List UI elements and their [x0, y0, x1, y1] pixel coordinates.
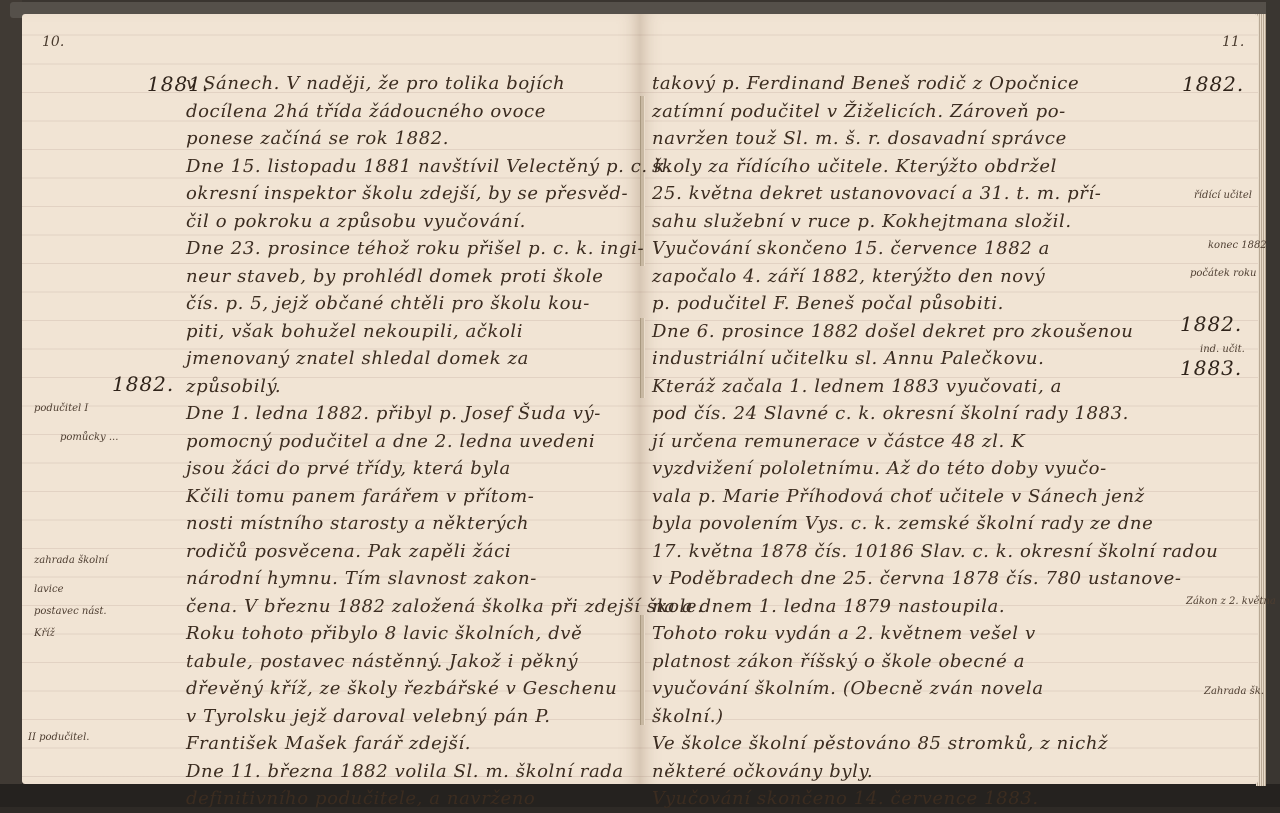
handwritten-line: národní hymnu. Tím slavnost zakon-: [186, 565, 537, 593]
handwritten-line: v Sánech. V naději, že pro tolika bojích: [186, 70, 565, 98]
handwritten-line: některé očkovány byly.: [652, 758, 873, 786]
handwritten-line: piti, však bohužel nekoupili, ačkoli: [186, 318, 523, 346]
handwritten-line: vyučování školním. (Obecně zván novela: [652, 675, 1044, 703]
handwritten-line: neur staveb, by prohlédl domek proti ško…: [186, 263, 604, 291]
binding-stitch-bottom: [640, 615, 645, 725]
margin-note: Zákon z 2. května: [1186, 596, 1276, 607]
margin-note: konec 1882: [1208, 240, 1267, 251]
handwritten-line: školní.): [652, 703, 724, 731]
margin-note: podučitel I: [34, 403, 88, 414]
handwritten-line: 25. května dekret ustanovovací a 31. t. …: [652, 180, 1102, 208]
handwritten-line: sahu služební v ruce p. Kokhejtmana slož…: [652, 208, 1072, 236]
handwritten-line: ponese začíná se rok 1882.: [186, 125, 449, 153]
margin-note: Kříž: [34, 628, 55, 639]
page-number-left: 10.: [42, 34, 64, 50]
margin-note: pomůcky ...: [60, 432, 118, 443]
handwritten-line: v Tyrolsku jejž daroval velebný pán P.: [186, 703, 551, 731]
handwritten-line: čil o pokroku a způsobu vyučování.: [186, 208, 526, 236]
year-marker: 1882.: [1180, 312, 1242, 336]
handwritten-line: Vyučování skončeno 14. července 1883.: [652, 785, 1039, 807]
open-book: 10. v Sánech. V naději, že pro tolika bo…: [0, 0, 1280, 807]
handwritten-line: Dne 6. prosince 1882 došel dekret pro zk…: [652, 318, 1133, 346]
handwritten-line: dřevěný kříž, ze školy řezbářské v Gesch…: [186, 675, 617, 703]
margin-note: počátek roku: [1190, 268, 1256, 279]
handwritten-line: docílena 2há třída žádoucného ovoce: [186, 98, 546, 126]
handwritten-line: tabule, postavec nástěnný. Jakož i pěkný: [186, 648, 578, 676]
handwritten-line: byla povolením Vys. c. k. zemské školní …: [652, 510, 1153, 538]
handwritten-line: v Poděbradech dne 25. června 1878 čís. 7…: [652, 565, 1182, 593]
handwritten-line: Roku tohoto přibylo 8 lavic školních, dv…: [186, 620, 582, 648]
handwritten-line: čís. p. 5, jejž občané chtěli pro školu …: [186, 290, 590, 318]
handwritten-line: rodičů posvěcena. Pak zapěli žáci: [186, 538, 511, 566]
handwritten-line: navržen touž Sl. m. š. r. dosavadní sprá…: [652, 125, 1067, 153]
handwritten-line: 17. května 1878 čís. 10186 Slav. c. k. o…: [652, 538, 1218, 566]
year-marker: 1882.: [112, 372, 174, 396]
handwritten-line: takový p. Ferdinand Beneš rodič z Opočni…: [652, 70, 1079, 98]
handwritten-line: čena. V březnu 1882 založená školka při …: [186, 593, 703, 621]
handwritten-line: pod čís. 24 Slavné c. k. okresní školní …: [652, 400, 1129, 428]
year-marker: 1881.: [147, 72, 209, 96]
handwritten-line: nosti místního starosty a některých: [186, 510, 529, 538]
handwritten-line: p. podučitel F. Beneš počal působiti.: [652, 290, 1004, 318]
margin-note: zahrada školní: [34, 555, 108, 566]
handwritten-line: Vyučování skončeno 15. července 1882 a: [652, 235, 1050, 263]
book-cover-right: [1266, 0, 1280, 807]
binding-stitch-middle: [640, 318, 645, 398]
handwritten-line: okresní inspektor školu zdejší, by se př…: [186, 180, 628, 208]
handwritten-line: František Mašek farář zdejší.: [186, 730, 471, 758]
margin-note: ind. učit.: [1200, 344, 1245, 355]
margin-note: postavec nást.: [34, 606, 107, 617]
handwritten-line: na a dnem 1. ledna 1879 nastoupila.: [652, 593, 1005, 621]
page-number-right: 11.: [1222, 34, 1244, 50]
handwritten-line: Dne 11. března 1882 volila Sl. m. školní…: [186, 758, 624, 786]
handwritten-line: Dne 15. listopadu 1881 navštívil Velectě…: [186, 153, 672, 181]
margin-note: lavice: [34, 584, 64, 595]
year-marker: 1883.: [1180, 356, 1242, 380]
handwritten-line: způsobilý.: [186, 373, 281, 401]
handwritten-line: industriální učitelku sl. Annu Palečkovu…: [652, 345, 1044, 373]
handwritten-line: vala p. Marie Příhodová choť učitele v S…: [652, 483, 1145, 511]
handwritten-line: jsou žáci do prvé třídy, která byla: [186, 455, 511, 483]
year-marker: 1882.: [1182, 72, 1244, 96]
handwritten-line: jmenovaný znatel shledal domek za: [186, 345, 529, 373]
handwritten-line: zatímní podučitel v Žiželicích. Zároveň …: [652, 98, 1066, 126]
handwritten-line: Kteráž začala 1. lednem 1883 vyučovati, …: [652, 373, 1062, 401]
book-cover-left: [0, 0, 22, 807]
margin-note: II podučitel.: [28, 732, 89, 743]
handwritten-line: Dne 23. prosince téhož roku přišel p. c.…: [186, 235, 644, 263]
handwritten-line: jí určena remunerace v částce 48 zl. K: [652, 428, 1025, 456]
margin-note: řídící učitel: [1194, 190, 1252, 201]
handwritten-line: započalo 4. září 1882, kterýžto den nový: [652, 263, 1045, 291]
handwritten-line: školy za řídícího učitele. Kterýžto obdr…: [652, 153, 1057, 181]
handwritten-line: definitivního podučitele, a navrženo: [186, 785, 535, 807]
handwritten-line: vyzdvižení pololetnímu. Až do této doby …: [652, 455, 1107, 483]
margin-note: Zahrada šk.: [1204, 686, 1264, 697]
handwritten-line: Kčili tomu panem farářem v přítom-: [186, 483, 534, 511]
handwritten-line: platnost zákon říšský o škole obecné a: [652, 648, 1025, 676]
handwritten-line: Dne 1. ledna 1882. přibyl p. Josef Šuda …: [186, 400, 601, 428]
handwritten-line: Tohoto roku vydán a 2. květnem vešel v: [652, 620, 1036, 648]
handwritten-line: pomocný podučitel a dne 2. ledna uvedeni: [186, 428, 595, 456]
handwritten-line: Ve školce školní pěstováno 85 stromků, z…: [652, 730, 1108, 758]
